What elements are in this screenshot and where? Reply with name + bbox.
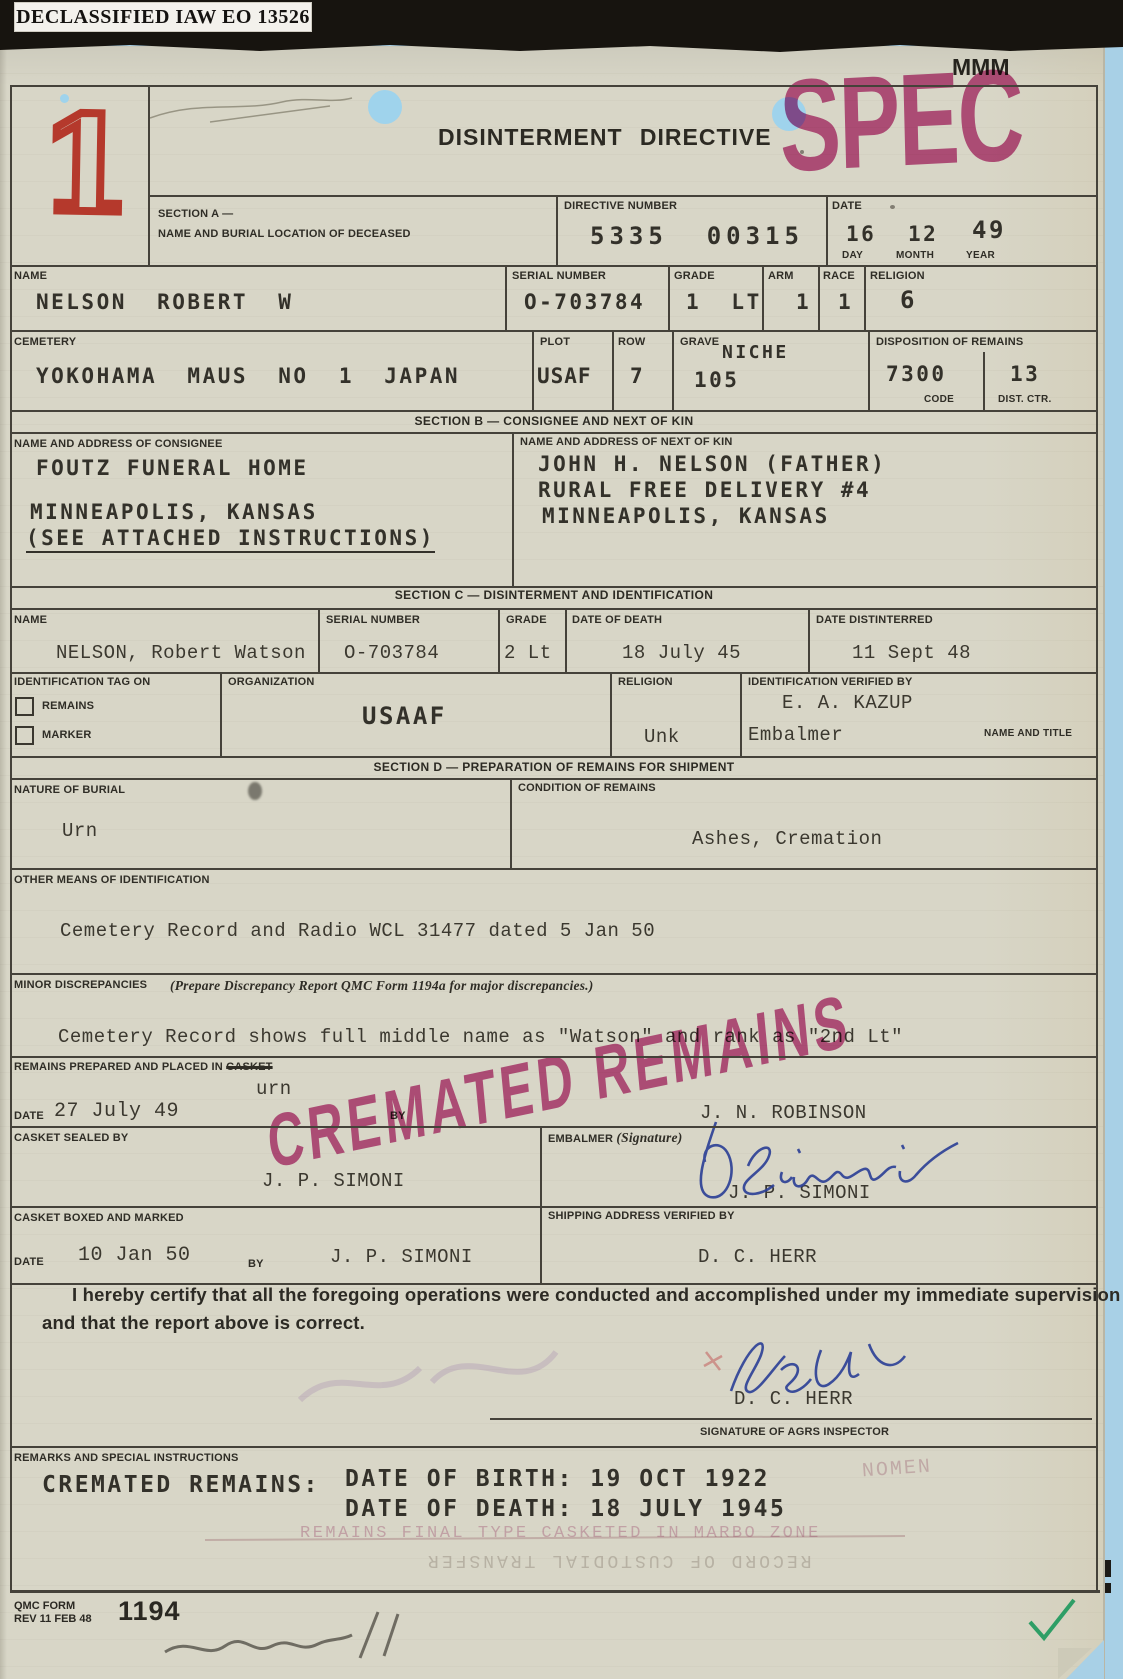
rule-line — [983, 352, 985, 410]
plot-value: USAF — [537, 364, 592, 388]
embalmer-text: EMBALMER — [548, 1133, 613, 1145]
name-label: NAME — [14, 270, 47, 282]
marker-checkbox — [15, 726, 34, 745]
disposition-label: DISPOSITION OF REMAINS — [876, 336, 1023, 348]
rule-line — [532, 330, 534, 412]
code-label: CODE — [924, 394, 954, 405]
rule-line — [612, 330, 614, 412]
rule-line — [672, 330, 674, 412]
rule-line — [510, 778, 512, 870]
consignee-label: NAME AND ADDRESS OF CONSIGNEE — [14, 438, 223, 450]
scanned-document: DECLASSIFIED IAW EO 13526 MMM 1 DISINTER… — [0, 0, 1123, 1679]
rule-line — [10, 868, 1098, 870]
rule-line — [10, 265, 1098, 267]
race-value: 1 — [838, 290, 853, 314]
nature-of-burial-value: Urn — [62, 820, 98, 842]
rule-line — [498, 608, 500, 674]
section-a-heading: SECTION A — — [158, 208, 233, 220]
certification-line1: I hereby certify that all the foregoing … — [72, 1284, 1121, 1306]
rule-line — [10, 330, 1098, 332]
cemetery-value: YOKOHAMA MAUS NO 1 JAPAN — [36, 364, 460, 388]
rule-line — [10, 1126, 1098, 1128]
verified-by-label: IDENTIFICATION VERIFIED BY — [748, 676, 913, 688]
rule-line — [318, 608, 320, 674]
c-date-disinterred-label: DATE DISTINTERRED — [816, 614, 933, 626]
rule-line — [10, 410, 1098, 412]
id-tag-label: IDENTIFICATION TAG ON — [14, 676, 150, 688]
row-value: 7 — [630, 364, 645, 388]
rule-line — [512, 432, 514, 588]
consignee-line1: FOUTZ FUNERAL HOME — [36, 456, 309, 480]
arm-value: 1 — [796, 290, 811, 314]
rule-line — [868, 330, 870, 412]
other-means-value: Cemetery Record and Radio WCL 31477 date… — [60, 920, 655, 942]
serial-label: SERIAL NUMBER — [512, 270, 606, 282]
speck — [890, 205, 895, 209]
section-a-heading-2: NAME AND BURIAL LOCATION OF DECEASED — [158, 228, 411, 240]
casket-struck-text: CASKET — [226, 1061, 272, 1073]
rule-line — [148, 85, 150, 267]
casket-sealed-label: CASKET SEALED BY — [14, 1132, 128, 1144]
casket-boxed-label: CASKET BOXED AND MARKED — [14, 1212, 184, 1224]
dist-ctr-label: DIST. CTR. — [998, 394, 1052, 405]
rule-line — [10, 778, 1098, 780]
rule-line — [10, 973, 1098, 975]
rule-line — [10, 1206, 1098, 1208]
directive-number-value: 5335 00315 — [590, 222, 804, 250]
rule-line — [808, 608, 810, 674]
disposition-code-value: 7300 — [886, 362, 947, 386]
ghost-text-nomen: NOMEN — [861, 1456, 932, 1484]
consignee-line2: MINNEAPOLIS, KANSAS — [30, 500, 318, 524]
rule-line — [10, 1283, 1098, 1285]
directive-number-label: DIRECTIVE NUMBER — [564, 200, 677, 212]
c-religion-value: Unk — [644, 726, 680, 748]
rule-line — [610, 672, 612, 758]
nature-of-burial-label: NATURE OF BURIAL — [14, 784, 125, 796]
inspector-signature-label: SIGNATURE OF AGRS INSPECTOR — [700, 1426, 889, 1438]
name-value: NELSON ROBERT W — [36, 290, 293, 314]
rule-line — [668, 265, 670, 332]
next-of-kin-label: NAME AND ADDRESS OF NEXT OF KIN — [520, 436, 733, 448]
c-date-of-death-label: DATE OF DEATH — [572, 614, 662, 626]
ghost-text-record: RECORD OF CUSTODIAL TRANSFER — [425, 1550, 811, 1570]
boxed-date-label: DATE — [14, 1256, 44, 1268]
c-grade-value: 2 Lt — [504, 642, 552, 664]
rule-line — [10, 586, 1098, 588]
grave-label: GRAVE — [680, 336, 719, 348]
date-year-value: 49 — [972, 216, 1006, 244]
embalmer-label: EMBALMER (Signature) — [548, 1130, 682, 1146]
remarks-label: REMARKS AND SPECIAL INSTRUCTIONS — [14, 1452, 239, 1464]
other-means-label: OTHER MEANS OF IDENTIFICATION — [14, 874, 210, 886]
embalmer-typed-value: J. P. SIMONI — [728, 1182, 871, 1204]
c-date-disinterred-value: 11 Sept 48 — [852, 642, 971, 664]
rule-line — [10, 85, 12, 1592]
marker-checkbox-label: MARKER — [42, 729, 91, 741]
form-number: 1194 — [118, 1596, 181, 1627]
embalmer-signature-text: (Signature) — [616, 1130, 682, 1145]
prepared-date-value: 27 July 49 — [54, 1100, 179, 1123]
boxed-by-value: J. P. SIMONI — [330, 1246, 473, 1268]
day-label: DAY — [842, 250, 863, 261]
c-religion-label: RELIGION — [618, 676, 673, 688]
rule-line — [556, 195, 558, 267]
condition-of-remains-label: CONDITION OF REMAINS — [518, 782, 656, 794]
consignee-line3: (SEE ATTACHED INSTRUCTIONS) — [26, 526, 435, 553]
rule-line — [740, 672, 742, 758]
rule-line — [10, 608, 1098, 610]
section-c-heading: SECTION C — DISINTERMENT AND IDENTIFICAT… — [10, 588, 1098, 602]
boxed-date-value: 10 Jan 50 — [78, 1244, 191, 1267]
section-b-heading: SECTION B — CONSIGNEE AND NEXT OF KIN — [10, 414, 1098, 428]
row-label: ROW — [618, 336, 645, 348]
niche-value: NICHE — [722, 342, 789, 363]
minor-discrepancies-note: (Prepare Discrepancy Report QMC Form 119… — [170, 978, 593, 994]
form-title: DISINTERMENT DIRECTIVE — [438, 124, 772, 151]
rule-line — [10, 672, 1098, 674]
race-label: RACE — [823, 270, 855, 282]
plot-label: PLOT — [540, 336, 570, 348]
c-grade-label: GRADE — [506, 614, 547, 626]
remarks-dob: DATE OF BIRTH: 19 OCT 1922 — [345, 1466, 770, 1492]
condition-of-remains-value: Ashes, Cremation — [692, 828, 882, 850]
rule-line — [565, 608, 567, 674]
rule-line — [10, 1446, 1098, 1448]
prepared-date-label: DATE — [14, 1110, 44, 1122]
rule-line — [10, 1590, 1100, 1593]
organization-value: USAAF — [362, 702, 447, 730]
rule-line — [1096, 85, 1098, 1592]
religion-value: 6 — [900, 286, 917, 314]
month-label: MONTH — [896, 250, 934, 261]
religion-label: RELIGION — [870, 270, 925, 282]
rule-line — [10, 85, 1098, 87]
grade-value: 1 LT — [686, 290, 762, 314]
ink-smudge — [248, 782, 262, 800]
nok-line1: JOHN H. NELSON (FATHER) — [538, 452, 886, 476]
year-label: YEAR — [966, 250, 995, 261]
rule-line — [505, 265, 507, 332]
rule-line — [10, 1056, 1098, 1058]
ghost-text-marbo: REMAINS FINAL TYPE CASKETED IN MARBO ZON… — [300, 1524, 821, 1543]
date-day-value: 16 — [846, 222, 876, 246]
rule-line — [490, 1418, 1092, 1420]
c-date-of-death-value: 18 July 45 — [622, 642, 741, 664]
rule-line — [818, 265, 820, 332]
prepared-by-value: J. N. ROBINSON — [700, 1102, 867, 1124]
form-id-line1: QMC FORM — [14, 1600, 75, 1612]
remains-checkbox — [15, 697, 34, 716]
verified-name-value: E. A. KAZUP — [782, 692, 913, 714]
name-and-title-label: NAME AND TITLE — [984, 728, 1072, 739]
rule-line — [10, 432, 1098, 434]
rule-line — [220, 672, 222, 758]
declassified-stamp: DECLASSIFIED IAW EO 13526 — [14, 2, 312, 32]
shipping-verified-label: SHIPPING ADDRESS VERIFIED BY — [548, 1210, 735, 1222]
c-serial-label: SERIAL NUMBER — [326, 614, 420, 626]
arm-label: ARM — [768, 270, 794, 282]
hole-punch — [368, 90, 402, 124]
page-corner-fold-paper — [1058, 1648, 1092, 1679]
remarks-head: CREMATED REMAINS: — [42, 1472, 320, 1498]
c-name-label: NAME — [14, 614, 47, 626]
date-month-value: 12 — [908, 222, 938, 246]
rule-line — [762, 265, 764, 332]
certification-line2: and that the report above is correct. — [42, 1312, 365, 1334]
verified-title-value: Embalmer — [748, 724, 843, 746]
page-number-stencil: 1 — [39, 99, 133, 233]
date-label: DATE — [832, 200, 862, 212]
organization-label: ORGANIZATION — [228, 676, 315, 688]
nok-line2: RURAL FREE DELIVERY #4 — [538, 478, 871, 502]
rule-line — [148, 195, 1098, 197]
form-id-line2: REV 11 FEB 48 — [14, 1613, 92, 1625]
spec-stamp: SPEC — [778, 50, 1024, 193]
rule-line — [540, 1126, 542, 1285]
boxed-by-label: BY — [248, 1258, 264, 1270]
section-d-heading: SECTION D — PREPARATION OF REMAINS FOR S… — [10, 760, 1098, 774]
rule-line — [826, 195, 828, 267]
c-serial-value: O-703784 — [344, 642, 439, 664]
remains-prepared-label: REMAINS PREPARED AND PLACED IN CASKET — [14, 1061, 273, 1073]
rule-line — [864, 265, 866, 332]
grave-value: 105 — [694, 368, 739, 392]
shipping-verified-value: D. C. HERR — [698, 1246, 817, 1268]
remains-prepared-text: REMAINS PREPARED AND PLACED IN — [14, 1061, 223, 1073]
rule-line — [10, 756, 1098, 758]
c-name-value: NELSON, Robert Watson — [56, 642, 306, 664]
cemetery-label: CEMETERY — [14, 336, 76, 348]
inspector-typed-name: D. C. HERR — [734, 1388, 853, 1410]
remarks-dod: DATE OF DEATH: 18 JULY 1945 — [345, 1496, 786, 1522]
grade-label: GRADE — [674, 270, 715, 282]
nok-line3: MINNEAPOLIS, KANSAS — [542, 504, 830, 528]
minor-discrepancies-label: MINOR DISCREPANCIES — [14, 979, 147, 991]
remains-checkbox-label: REMAINS — [42, 700, 94, 712]
dist-ctr-value: 13 — [1010, 362, 1040, 386]
serial-value: O-703784 — [524, 290, 645, 314]
